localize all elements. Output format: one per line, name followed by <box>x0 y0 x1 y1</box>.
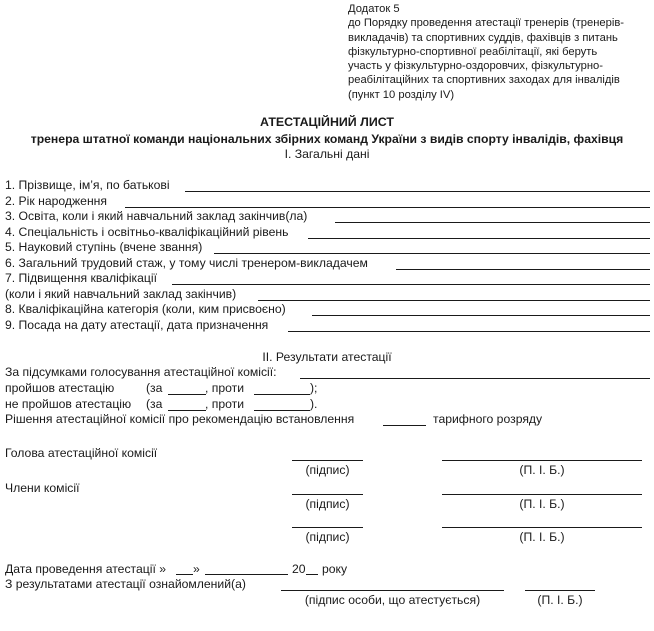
date-year-input[interactable] <box>306 574 318 575</box>
field-education-input[interactable] <box>335 222 650 223</box>
field-degree-input[interactable] <box>214 253 650 254</box>
signature-caption: (підпис) <box>292 497 363 512</box>
name-caption: (П. І. Б.) <box>442 530 642 545</box>
decision-suffix: тарифного розряду <box>433 412 542 427</box>
field-label-birth-year: 2. Рік народження <box>5 194 107 209</box>
appendix-line: викладачів) та спортивних суддів, фахівц… <box>348 31 654 45</box>
field-qualification-upgrade-input[interactable] <box>172 284 650 285</box>
chair-signature-input[interactable] <box>292 460 363 461</box>
field-category-input[interactable] <box>312 315 650 316</box>
passed-against-input[interactable] <box>254 394 310 395</box>
name-caption: (П. І. Б.) <box>442 463 642 478</box>
document-subtitle: тренера штатної команди національних збі… <box>0 132 654 147</box>
decision-label: Рішення атестаційної комісії про рекомен… <box>5 412 354 427</box>
chair-label: Голова атестаційної комісії <box>5 446 157 461</box>
field-label-degree: 5. Науковий ступінь (вчене звання) <box>5 240 202 255</box>
voting-result-input[interactable] <box>300 378 650 379</box>
appendix-line: до Порядку проведення атестації тренерів… <box>348 16 654 30</box>
field-label-category: 8. Кваліфікаційна категорія (коли, ким п… <box>5 302 286 317</box>
failed-for-input[interactable] <box>168 410 206 411</box>
failed-end: ). <box>310 397 317 412</box>
field-label-education: 3. Освіта, коли і який навчальний заклад… <box>5 209 307 224</box>
voting-label: За підсумками голосування атестаційної к… <box>5 365 277 380</box>
field-label-qualification-upgrade: 7. Підвищення кваліфікації <box>5 271 157 286</box>
field-label-upgrade-institution: (коли і який навчальний заклад закінчив) <box>5 287 236 302</box>
appendix-line: фізкультурно-спортивної реабілітації, як… <box>348 45 654 59</box>
year-suffix: року <box>322 562 347 577</box>
name-caption: (П. І. Б.) <box>442 497 642 512</box>
member1-signature-input[interactable] <box>292 494 363 495</box>
appendix-line: реабілітаційних та спортивних заходах дл… <box>348 73 654 87</box>
failed-against-input[interactable] <box>254 410 310 411</box>
document-title: АТЕСТАЦІЙНИЙ ЛИСТ <box>0 115 654 130</box>
field-upgrade-institution-input[interactable] <box>258 300 650 301</box>
field-label-experience: 6. Загальний трудовий стаж, у тому числі… <box>5 256 368 271</box>
person-name-input[interactable] <box>525 590 595 591</box>
date-label: Дата проведення атестації » <box>5 562 166 577</box>
failed-for-label: (за <box>146 397 162 412</box>
member2-signature-input[interactable] <box>292 527 363 528</box>
field-label-position: 9. Посада на дату атестації, дата призна… <box>5 318 268 333</box>
failed-against-label: , проти <box>205 397 244 412</box>
passed-label: пройшов атестацію <box>5 381 114 396</box>
date-quote: » <box>193 562 200 577</box>
field-full-name-input[interactable] <box>185 191 650 192</box>
year-prefix: 20 <box>292 562 306 577</box>
field-experience-input[interactable] <box>396 269 650 270</box>
appendix-note: Додаток 5 до Порядку проведення атестаці… <box>348 2 654 102</box>
person-signature-input[interactable] <box>281 590 504 591</box>
date-month-input[interactable] <box>205 574 288 575</box>
signature-caption: (підпис) <box>292 463 363 478</box>
members-label: Члени комісії <box>5 481 79 496</box>
appendix-line: участь у фізкультурно-оздоровчих, фізкул… <box>348 59 654 73</box>
signature-caption: (підпис) <box>292 530 363 545</box>
passed-end: ); <box>310 381 317 396</box>
member2-name-input[interactable] <box>442 527 642 528</box>
passed-for-input[interactable] <box>168 394 206 395</box>
appendix-line: Додаток 5 <box>348 2 654 16</box>
person-signature-caption: (підпис особи, що атестується) <box>281 593 504 608</box>
failed-label: не пройшов атестацію <box>5 397 131 412</box>
field-birth-year-input[interactable] <box>125 207 650 208</box>
acquainted-label: З результатами атестації ознайомлений(а) <box>5 577 246 592</box>
field-label-specialty: 4. Спеціальність і освітньо-кваліфікацій… <box>5 225 288 240</box>
chair-name-input[interactable] <box>442 460 642 461</box>
date-day-input[interactable] <box>176 574 193 575</box>
field-label-full-name: 1. Прізвище, ім’я, по батькові <box>5 178 170 193</box>
field-specialty-input[interactable] <box>308 238 650 239</box>
appendix-line: (пункт 10 розділу IV) <box>348 88 654 102</box>
tariff-grade-input[interactable] <box>383 425 426 426</box>
passed-for-label: (за <box>146 381 162 396</box>
person-name-caption: (П. І. Б.) <box>525 593 595 608</box>
member1-name-input[interactable] <box>442 494 642 495</box>
passed-against-label: , проти <box>205 381 244 396</box>
section-heading-general: І. Загальні дані <box>0 147 654 162</box>
section-heading-results: ІІ. Результати атестації <box>0 350 654 365</box>
field-position-input[interactable] <box>288 331 650 332</box>
